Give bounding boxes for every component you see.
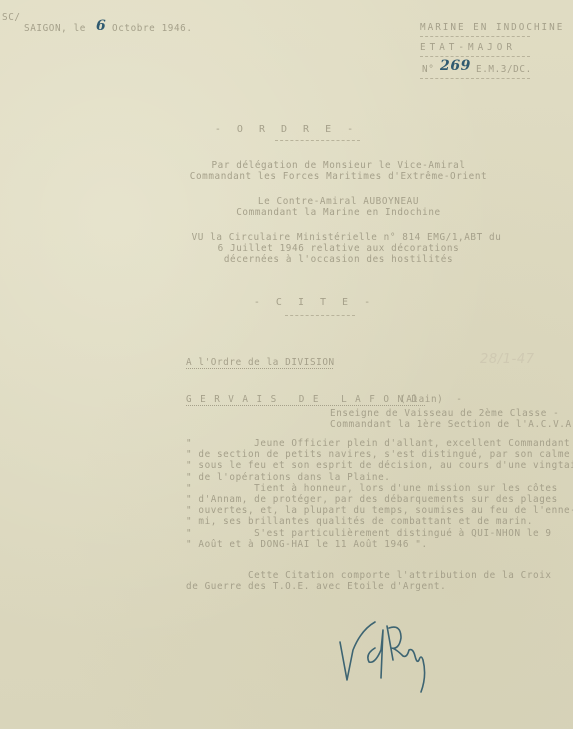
closing-line-1: Cette Citation comporte l'attribution de… [186, 570, 552, 581]
citation-line: " S'est particulièrement distingué à QUI… [186, 528, 552, 539]
preamble-line-2: Commandant les Forces Maritimes d'Extrêm… [52, 171, 573, 182]
citation-line: " de section de petits navires, s'est di… [186, 449, 570, 460]
reference-line-2: 6 Juillet 1946 relative aux décorations [52, 243, 573, 254]
citation-line: " Août et à DONG-HAI le 11 Août 1946 ". [186, 539, 428, 550]
citation-line: " ouvertes, et, la plupart du temps, sou… [186, 505, 573, 516]
pencil-note: 28/1-47 [480, 352, 535, 367]
number-prefix: N° [422, 64, 434, 75]
person-first-name: (Alain) [400, 394, 443, 405]
preamble-line-1: Par délégation de Monsieur le Vice-Amira… [52, 160, 573, 171]
reference-prefix: SC/ [2, 12, 21, 23]
cite-title: - C I T E - [28, 297, 573, 308]
name-dash: - [450, 394, 462, 405]
number-suffix: E.M.3/DC. [476, 64, 532, 75]
divider [420, 56, 530, 57]
month-year: Octobre 1946. [112, 23, 193, 34]
citation-line: " d'Annam, de protéger, par des débarque… [186, 494, 558, 505]
citation-line: " Tient à honneur, lors d'une mission su… [186, 483, 558, 494]
handwritten-number: 269 [440, 58, 471, 74]
org-line-1: MARINE EN INDOCHINE [420, 22, 564, 33]
divider [420, 78, 530, 79]
handwritten-day: 6 [96, 18, 106, 34]
divider [420, 36, 530, 37]
rank-line-1: Enseigne de Vaisseau de 2ème Classe - [330, 408, 559, 419]
citation-line: " de l'opérations dans la Plaine. [186, 472, 391, 483]
signature-mark [335, 620, 445, 700]
citation-line: " Jeune Officier plein d'allant, excelle… [186, 438, 570, 449]
citation-line: " sous le feu et son esprit de décision,… [186, 460, 573, 471]
cite-underline [285, 315, 355, 316]
citation-line: " mi, ses brillantes qualités de combatt… [186, 516, 533, 527]
order-level: A l'Ordre de la DIVISION [186, 357, 335, 368]
authority-line-2: Commandant la Marine en Indochine [52, 207, 573, 218]
org-line-2: ETAT-MAJOR [420, 42, 516, 53]
reference-line-3: décernées à l'occasion des hostilités [52, 254, 573, 265]
rank-line-2: Commandant la 1ère Section de l'A.C.V.A.… [330, 419, 573, 430]
place-date-label: SAIGON, le [24, 23, 86, 34]
closing-line-2: de Guerre des T.O.E. avec Etoile d'Argen… [186, 581, 446, 592]
person-name: GERVAIS DE LAFOND [186, 394, 426, 405]
authority-line-1: Le Contre-Amiral AUBOYNEAU [52, 196, 573, 207]
title-underline [275, 140, 360, 141]
document-title: - O R D R E - [0, 124, 573, 135]
reference-line-1: VU la Circulaire Ministérielle n° 814 EM… [60, 232, 573, 243]
